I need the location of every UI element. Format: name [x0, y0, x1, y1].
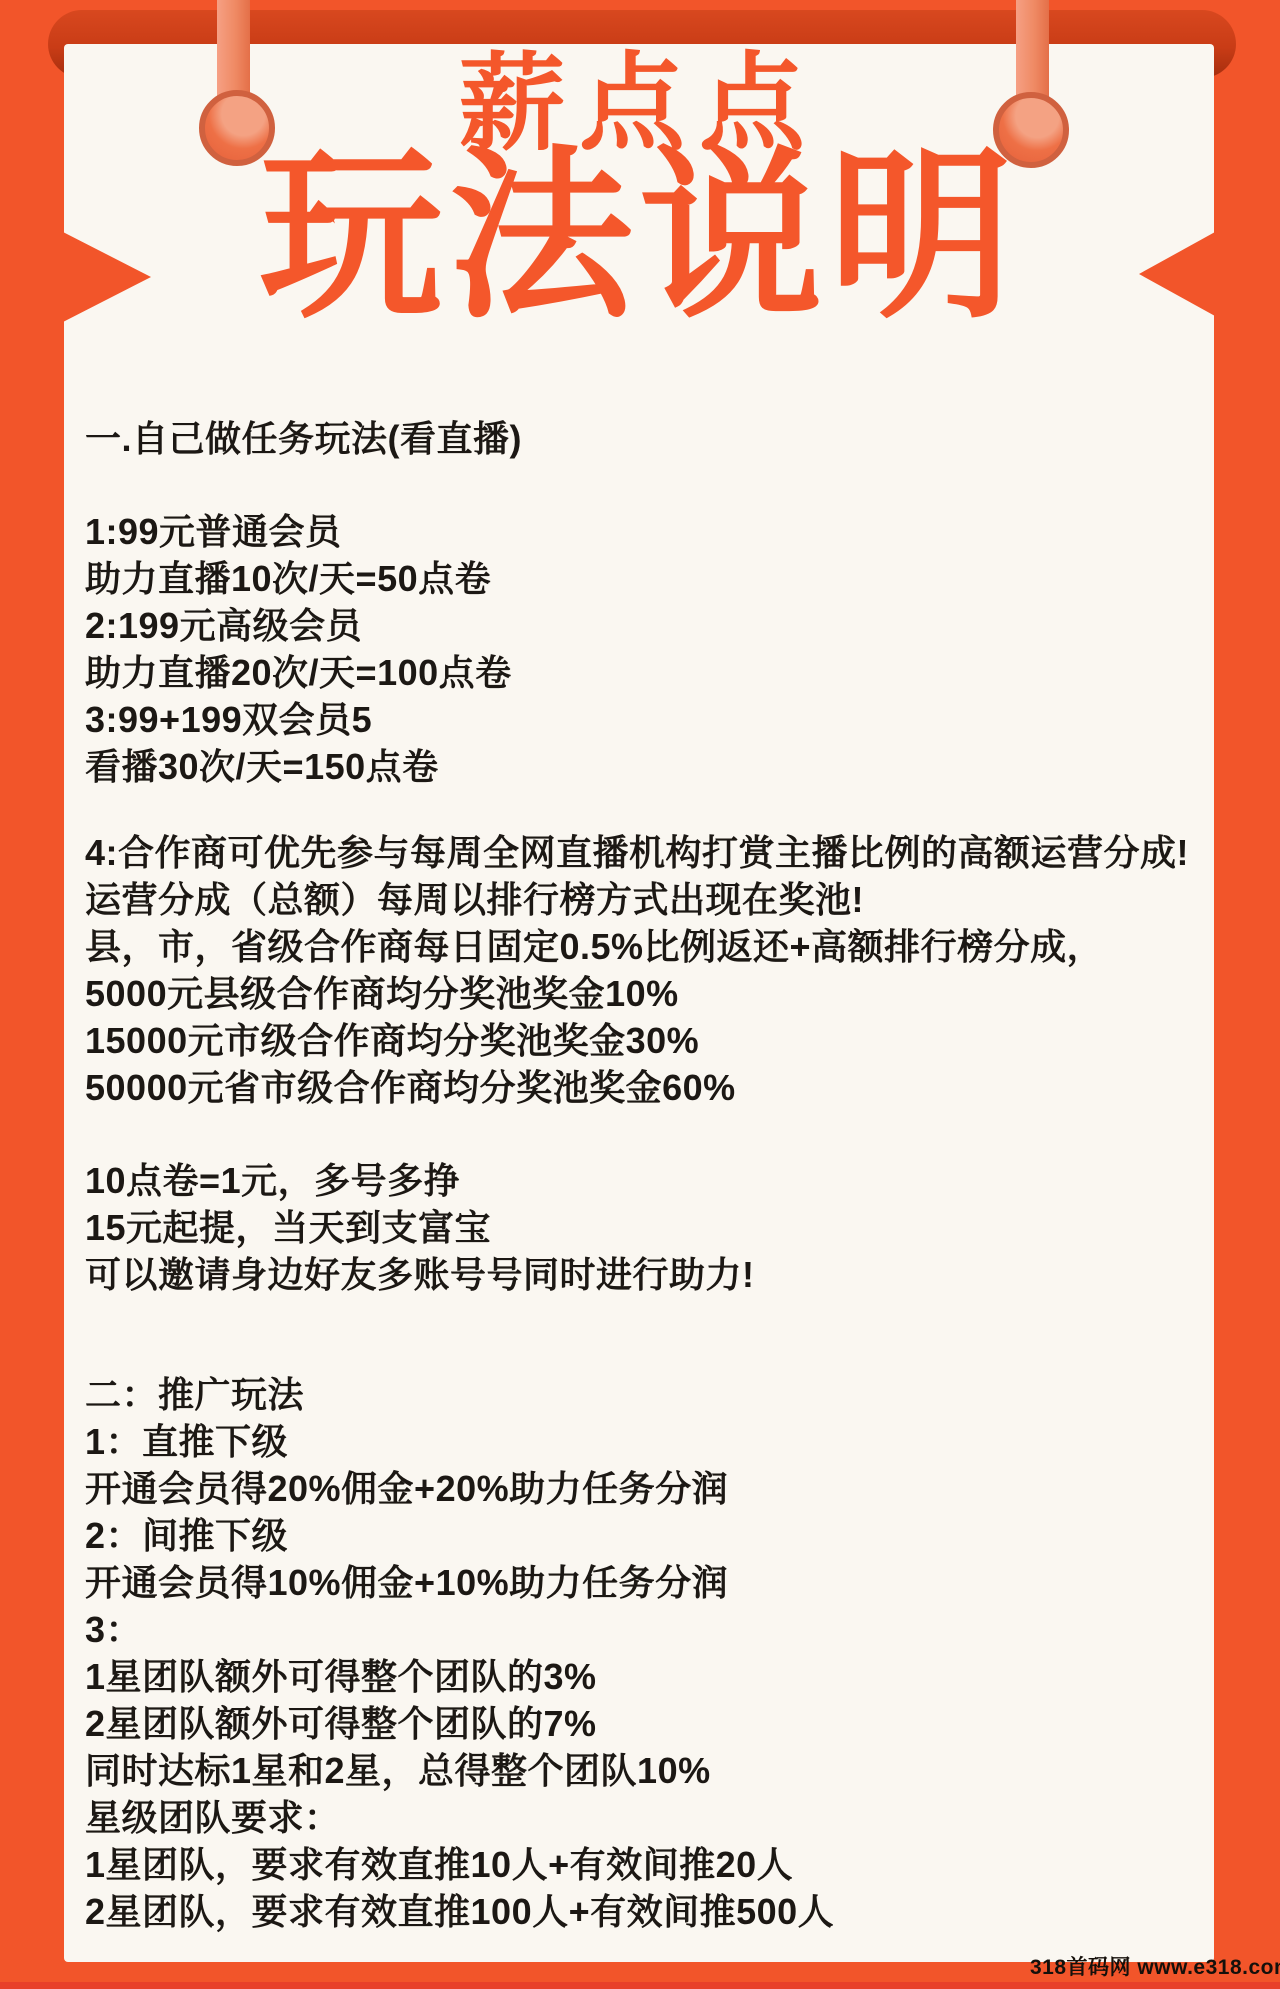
grommet-left	[199, 90, 275, 166]
instruction-line: 2:199元高级会员	[85, 602, 1206, 649]
hanger-strap-right	[1016, 0, 1049, 102]
instruction-line: 运营分成（总额）每周以排行榜方式出现在奖池!	[85, 876, 1206, 923]
instruction-line: 3:99+199双会员5	[85, 696, 1206, 743]
instructions-text: 一.自己做任务玩法(看直播)1:99元普通会员助力直播10次/天=50点卷2:1…	[85, 415, 1206, 1935]
grommet-right	[993, 92, 1069, 168]
instruction-line: 4:合作商可优先参与每周全网直播机构打赏主播比例的高额运营分成!	[85, 829, 1206, 876]
instruction-line: 同时达标1星和2星，总得整个团队10%	[85, 1747, 1206, 1794]
instruction-line: 1:99元普通会员	[85, 508, 1206, 555]
instruction-line: 15000元市级合作商均分奖池奖金30%	[85, 1017, 1206, 1064]
poster-title-large: 玩法说明	[64, 140, 1214, 333]
poster-card: 薪点点 玩法说明 一.自己做任务玩法(看直播)1:99元普通会员助力直播10次/…	[64, 44, 1214, 1962]
instruction-line: 开通会员得20%佣金+20%助力任务分润	[85, 1465, 1206, 1512]
instruction-line: 一.自己做任务玩法(看直播)	[85, 415, 1206, 462]
bottom-strip	[0, 1982, 1280, 1989]
instruction-line: 二：推广玩法	[85, 1371, 1206, 1418]
instruction-line: 2星团队，要求有效直推100人+有效间推500人	[85, 1888, 1206, 1935]
poster-background: 薪点点 玩法说明 一.自己做任务玩法(看直播)1:99元普通会员助力直播10次/…	[0, 0, 1280, 1989]
instruction-line: 可以邀请身边好友多账号号同时进行助力!	[85, 1251, 1206, 1298]
instruction-line: 助力直播20次/天=100点卷	[85, 649, 1206, 696]
instruction-line: 3：	[85, 1606, 1206, 1653]
instruction-line: 开通会员得10%佣金+10%助力任务分润	[85, 1559, 1206, 1606]
watermark-text: 318首码网 www.e318.com	[1030, 1951, 1280, 1981]
instruction-line: 县，市，省级合作商每日固定0.5%比例返还+高额排行榜分成，	[85, 923, 1206, 970]
instruction-line: 星级团队要求：	[85, 1794, 1206, 1841]
hanger-strap-left	[217, 0, 250, 102]
instruction-line: 2：间推下级	[85, 1512, 1206, 1559]
instruction-line: 看播30次/天=150点卷	[85, 743, 1206, 790]
instruction-line: 助力直播10次/天=50点卷	[85, 555, 1206, 602]
instruction-line: 5000元县级合作商均分奖池奖金10%	[85, 970, 1206, 1017]
instruction-line: 1：直推下级	[85, 1418, 1206, 1465]
instruction-line: 50000元省市级合作商均分奖池奖金60%	[85, 1064, 1206, 1111]
instruction-line: 1星团队额外可得整个团队的3%	[85, 1653, 1206, 1700]
instruction-line: 15元起提，当天到支富宝	[85, 1204, 1206, 1251]
instruction-line: 1星团队，要求有效直推10人+有效间推20人	[85, 1841, 1206, 1888]
instruction-line: 10点卷=1元，多号多挣	[85, 1157, 1206, 1204]
instruction-line: 2星团队额外可得整个团队的7%	[85, 1700, 1206, 1747]
